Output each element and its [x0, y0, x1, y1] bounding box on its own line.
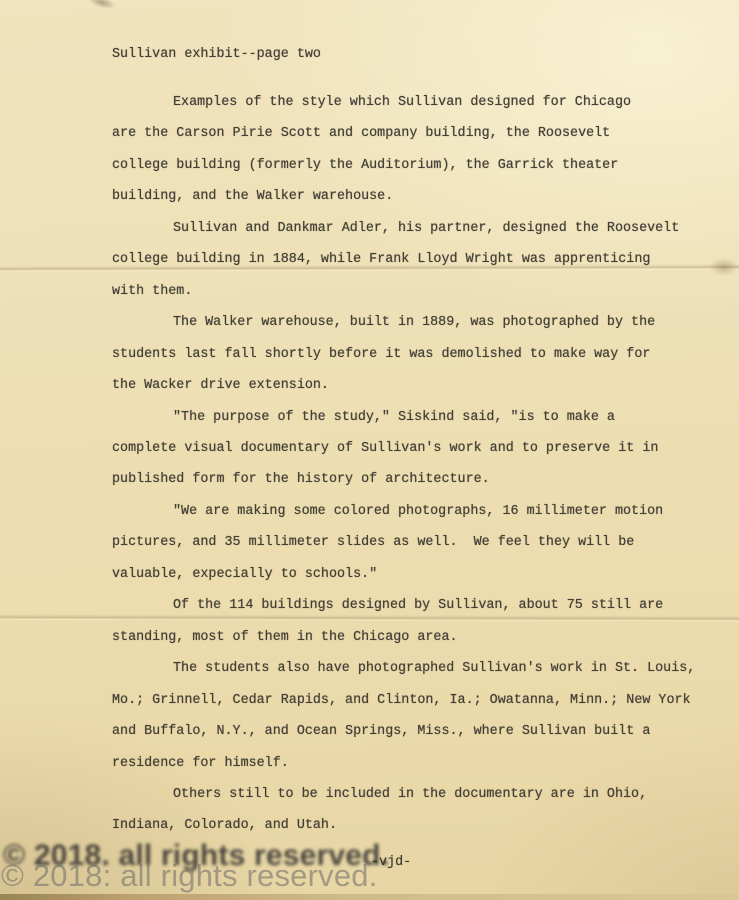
text-line: Sullivan and Dankmar Adler, his partner,… [112, 213, 732, 244]
paper-bottom-edge [0, 894, 739, 900]
text-line: Of the 114 buildings designed by Sulliva… [112, 590, 732, 621]
text-line: published form for the history of archit… [112, 464, 732, 495]
scanned-document-page: Sullivan exhibit--page two Examples of t… [0, 0, 739, 900]
text-line: standing, most of them in the Chicago ar… [112, 622, 732, 653]
text-line: complete visual documentary of Sullivan'… [112, 433, 732, 464]
text-line: The students also have photographed Sull… [112, 653, 732, 684]
text-line: college building in 1884, while Frank Ll… [112, 244, 732, 275]
paper-corner-smudge [87, 0, 117, 11]
copyright-watermark-dark: © 2018. all rights reserved. [3, 839, 389, 873]
text-line: and Buffalo, N.Y., and Ocean Springs, Mi… [112, 716, 732, 747]
text-line: "The purpose of the study," Siskind said… [112, 402, 732, 433]
copyright-watermark-light: © 2018: all rights reserved. [1, 858, 378, 894]
text-line: students last fall shortly before it was… [112, 339, 732, 370]
text-line: are the Carson Pirie Scott and company b… [112, 118, 732, 149]
text-line: Indiana, Colorado, and Utah. [112, 810, 732, 841]
text-line: the Wacker drive extension. [112, 370, 732, 401]
text-line: building, and the Walker warehouse. [112, 181, 732, 212]
text-line: The Walker warehouse, built in 1889, was… [112, 307, 732, 338]
page-title: Sullivan exhibit--page two [112, 46, 321, 64]
text-line: valuable, expecially to schools." [112, 559, 732, 590]
text-line: Examples of the style which Sullivan des… [112, 87, 732, 118]
text-line: Others still to be included in the docum… [112, 779, 732, 810]
text-line: with them. [112, 276, 732, 307]
typist-initials: -vjd- [371, 855, 411, 870]
text-line: pictures, and 35 millimeter slides as we… [112, 527, 732, 558]
text-line: residence for himself. [112, 748, 732, 779]
text-line: "We are making some colored photographs,… [112, 496, 732, 527]
text-line: college building (formerly the Auditoriu… [112, 150, 732, 181]
text-line: Mo.; Grinnell, Cedar Rapids, and Clinton… [112, 685, 732, 716]
document-body: Examples of the style which Sullivan des… [112, 87, 732, 842]
